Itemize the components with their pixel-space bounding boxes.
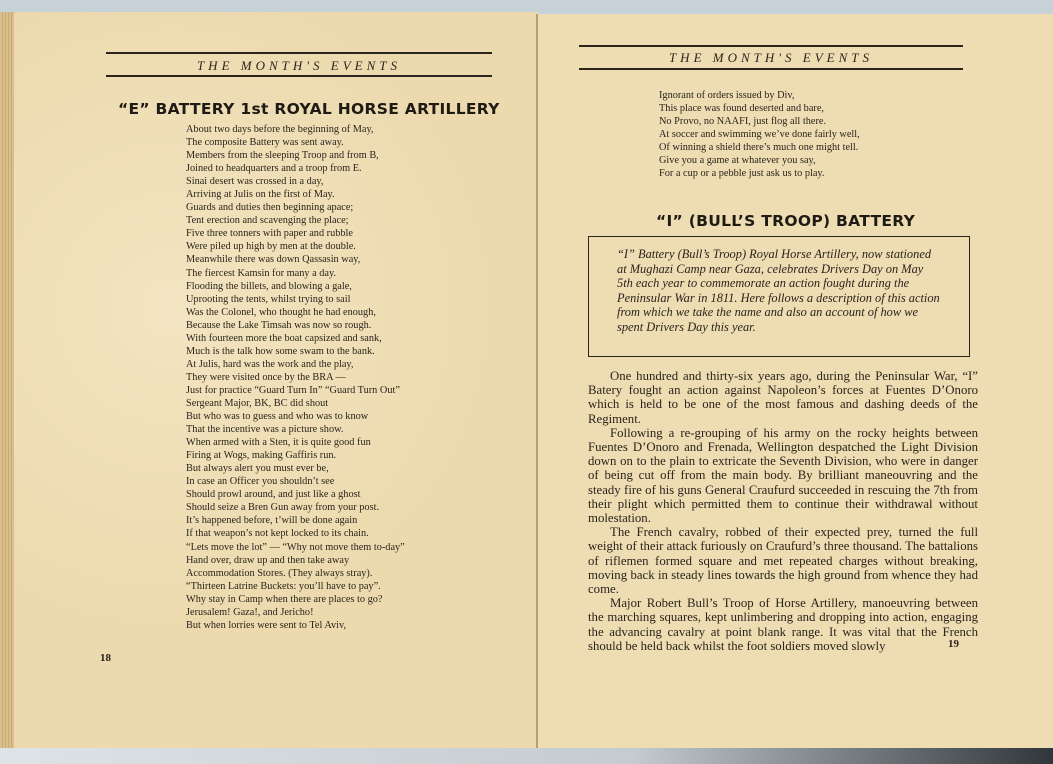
verse-line: Flooding the billets, and blowing a gale…: [186, 280, 405, 293]
verse-line: “Lets move the lot” — “Why not move them…: [186, 541, 405, 554]
verse-line: Give you a game at whatever you say,: [659, 154, 860, 167]
left-page: THE MONTH'S EVENTS “E” BATTERY 1st ROYAL…: [14, 12, 538, 752]
verse-line: Because the Lake Timsah was now so rough…: [186, 319, 405, 332]
verse-line: But always alert you must ever be,: [186, 462, 405, 475]
article-heading: “E” BATTERY 1st ROYAL HORSE ARTILLERY: [118, 100, 500, 118]
verse-line: Of winning a shield there’s much one mig…: [659, 141, 860, 154]
verse-line: The composite Battery was sent away.: [186, 136, 405, 149]
verse-line: “Thirteen Latrine Buckets: you’ll have t…: [186, 580, 405, 593]
running-head: THE MONTH'S EVENTS: [579, 44, 963, 72]
rule-bottom: [579, 68, 963, 70]
rule-top: [106, 52, 492, 54]
verse-line: Sinai desert was crossed in a day,: [186, 175, 405, 188]
poem: About two days before the beginning of M…: [186, 123, 405, 632]
verse-line: When armed with a Sten, it is quite good…: [186, 436, 405, 449]
paragraph: One hundred and thirty-six years ago, du…: [588, 369, 978, 426]
verse-line: Uprooting the tents, whilst trying to sa…: [186, 293, 405, 306]
verse-line: Accommodation Stores. (They always stray…: [186, 567, 405, 580]
verse-line: Just for practice “Guard Turn In” “Guard…: [186, 384, 405, 397]
verse-line: Arriving at Julis on the first of May.: [186, 188, 405, 201]
paragraph: Major Robert Bull’s Troop of Horse Artil…: [588, 596, 978, 653]
right-page: THE MONTH'S EVENTS Ignorant of orders is…: [538, 14, 1053, 754]
verse-line: Why stay in Camp when there are places t…: [186, 593, 405, 606]
verse-line: Jerusalem! Gaza!, and Jericho!: [186, 606, 405, 619]
article-heading: “I” (BULL’S TROOP) BATTERY: [656, 212, 915, 230]
article-body: One hundred and thirty-six years ago, du…: [588, 369, 978, 653]
verse-line: Meanwhile there was down Qassasin way,: [186, 253, 405, 266]
rule-bottom: [106, 75, 492, 77]
running-head: THE MONTH'S EVENTS: [106, 50, 492, 78]
verse-line: Tent erection and scavenging the place;: [186, 214, 405, 227]
verse-line: Joined to headquarters and a troop from …: [186, 162, 405, 175]
verse-line: That the incentive was a picture show.: [186, 423, 405, 436]
verse-line: Ignorant of orders issued by Div,: [659, 89, 860, 102]
verse-line: Firing at Wogs, making Gaffiris run.: [186, 449, 405, 462]
verse-line: Should prowl around, and just like a gho…: [186, 488, 405, 501]
running-head-label: THE MONTH'S EVENTS: [106, 58, 492, 74]
verse-line: Sergeant Major, BK, BC did shout: [186, 397, 405, 410]
verse-line: At soccer and swimming we’ve done fairly…: [659, 128, 860, 141]
verse-line: At Julis, hard was the work and the play…: [186, 358, 405, 371]
verse-line: If that weapon’s not kept locked to its …: [186, 527, 405, 540]
verse-line: For a cup or a pebble just ask us to pla…: [659, 167, 860, 180]
verse-line: With fourteen more the boat capsized and…: [186, 332, 405, 345]
page-number: 19: [948, 638, 959, 650]
verse-line: Were piled up high by men at the double.: [186, 240, 405, 253]
rule-top: [579, 45, 963, 47]
verse-line: Guards and duties then beginning apace;: [186, 201, 405, 214]
verse-line: Five three tonners with paper and rubble: [186, 227, 405, 240]
verse-line: About two days before the beginning of M…: [186, 123, 405, 136]
verse-line: They were visited once by the BRA —: [186, 371, 405, 384]
verse-line: It’s happened before, t’will be done aga…: [186, 514, 405, 527]
paragraph: The French cavalry, robbed of their expe…: [588, 525, 978, 596]
verse-line: Members from the sleeping Troop and from…: [186, 149, 405, 162]
verse-line: Much is the talk how some swam to the ba…: [186, 345, 405, 358]
running-head-label: THE MONTH'S EVENTS: [579, 50, 963, 66]
scanner-background-bottom: [0, 748, 1053, 764]
verse-line: Was the Colonel, who thought he had enou…: [186, 306, 405, 319]
verse-line: Hand over, draw up and then take away: [186, 554, 405, 567]
poem-continuation: Ignorant of orders issued by Div,This pl…: [659, 89, 860, 180]
verse-line: The fiercest Kamsin for many a day.: [186, 267, 405, 280]
verse-line: In case an Officer you shouldn’t see: [186, 475, 405, 488]
verse-line: Should seize a Bren Gun away from your p…: [186, 501, 405, 514]
verse-line: No Provo, no NAAFI, just flog all there.: [659, 115, 860, 128]
paragraph: Following a re-grouping of his army on t…: [588, 426, 978, 525]
intro-box: “I” Battery (Bull’s Troop) Royal Horse A…: [588, 236, 970, 357]
verse-line: This place was found deserted and bare,: [659, 102, 860, 115]
page-number: 18: [100, 652, 111, 664]
verse-line: But when lorries were sent to Tel Aviv,: [186, 619, 405, 632]
verse-line: But who was to guess and who was to know: [186, 410, 405, 423]
